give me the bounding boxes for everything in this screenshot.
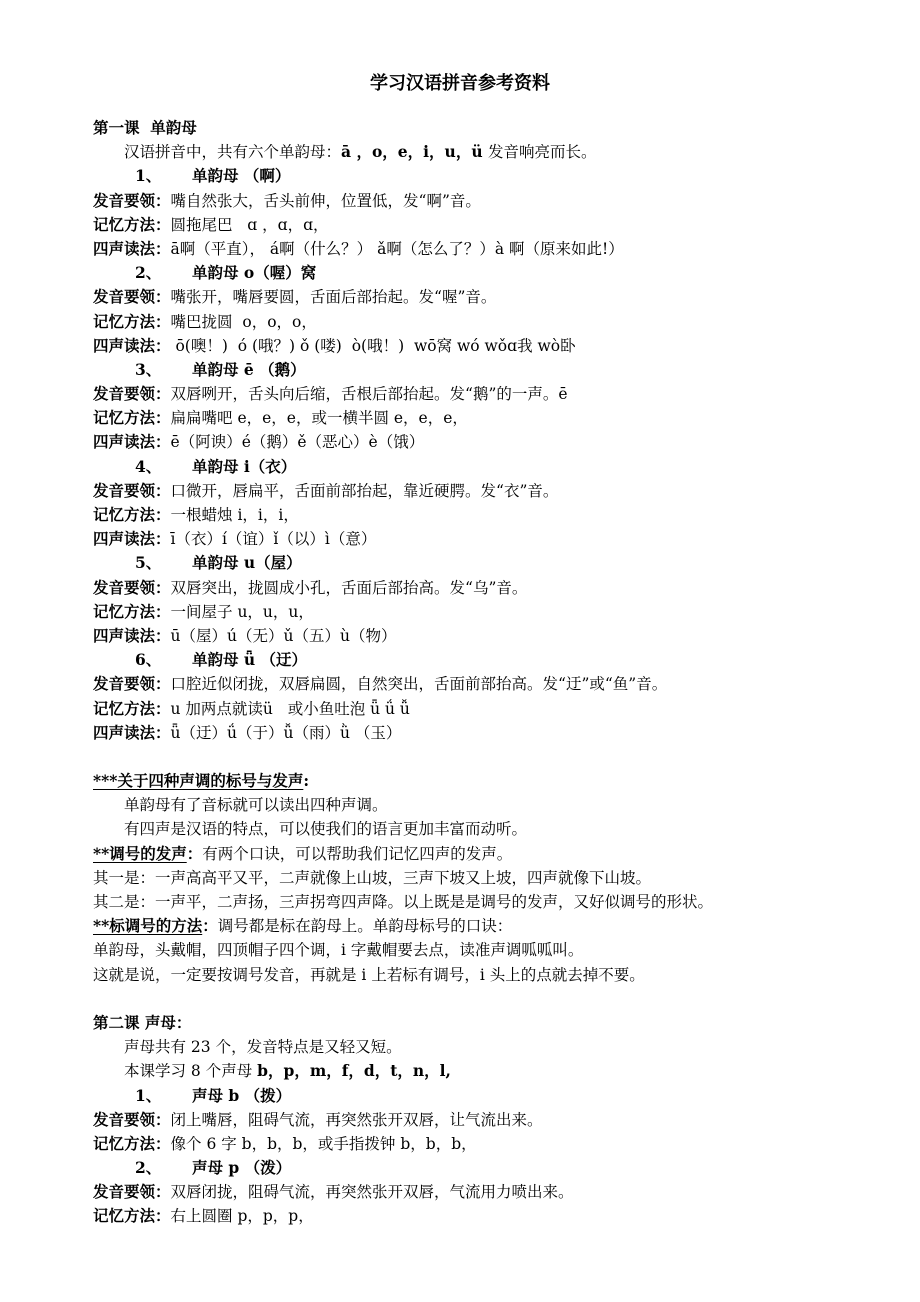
text-run: ā ，o，e，i，u，ü <box>341 142 488 161</box>
list-number: 2、 <box>135 1156 192 1180</box>
list-number: 6、 <box>135 648 192 672</box>
doc-line: 记忆方法：一间屋子 u，u，u， <box>93 600 880 624</box>
text-run: 记忆方法： <box>93 312 171 331</box>
text-run: 本课学习 8 个声母 <box>124 1062 257 1080</box>
doc-line: 第二课 声母： <box>93 1011 880 1035</box>
text-run: 单韵母 ē （鹅） <box>192 360 306 379</box>
text-run: 汉语拼音中，共有六个单韵母： <box>124 143 341 161</box>
doc-line: 四声读法： ō(噢！) ó (哦？) ǒ (喽) ò(哦！) wō窝 wó wǒ… <box>93 334 880 358</box>
list-number: 3、 <box>135 358 192 382</box>
text-run: 发音要领： <box>93 481 171 500</box>
doc-line: 发音要领：嘴自然张大，舌头前伸，位置低，发“啊”音。 <box>93 189 880 213</box>
text-run: 右上圆圈 p，p，p， <box>171 1207 314 1225</box>
text-run: ǖ（迂）ǘ（于）ǚ（雨）ǜ （玉） <box>171 724 402 742</box>
text-run: 记忆方法： <box>93 602 171 621</box>
doc-line: ***关于四种声调的标号与发声: <box>93 769 880 793</box>
doc-line: 记忆方法：扁扁嘴吧 e，e，e，或一横半圆 e，e，e， <box>93 406 880 430</box>
text-run: ***关于四种声调的标号与发声 <box>93 771 303 790</box>
document-page: 学习汉语拼音参考资料 第一课 单韵母汉语拼音中，共有六个单韵母：ā ，o，e，i… <box>0 0 920 1302</box>
text-run: u 加两点就读ü 或小鱼吐泡 ǖ ǘ ǚ <box>171 700 410 718</box>
doc-line: 1、单韵母 （啊） <box>93 164 880 188</box>
text-run: 其一是：一声高高平又平，二声就像上山坡，三声下坡又上坡，四声就像下山坡。 <box>93 869 651 887</box>
text-run: 发音要领： <box>93 674 171 693</box>
doc-line: 发音要领：口微开，唇扁平，舌面前部抬起，靠近硬腭。发“衣”音。 <box>93 479 880 503</box>
text-run: 单韵母 ǖ （迂） <box>192 650 307 669</box>
text-run: 一间屋子 u，u，u， <box>171 603 314 621</box>
doc-line: 四声读法：ē（阿谀）é（鹅）ě（恶心）è（饿） <box>93 430 880 454</box>
text-run: 记忆方法： <box>93 505 171 524</box>
document-body: 第一课 单韵母汉语拼音中，共有六个单韵母：ā ，o，e，i，u，ü 发音响亮而长… <box>0 116 920 1229</box>
text-run: 口微开，唇扁平，舌面前部抬起，靠近硬腭。发“衣”音。 <box>171 482 559 500</box>
text-run: 发音要领： <box>93 287 171 306</box>
text-run: 发音要领： <box>93 384 171 403</box>
doc-line: 发音要领：口腔近似闭拢，双唇扁圆，自然突出，舌面前部抬高。发“迂”或“鱼”音。 <box>93 672 880 696</box>
text-run: 单韵母 （啊） <box>192 166 290 185</box>
text-run: ū（屋）ú（无）ǔ（五）ù（物） <box>171 627 397 645</box>
text-run: 记忆方法： <box>93 215 171 234</box>
doc-line: 第一课 单韵母 <box>93 116 880 140</box>
text-run: 这就是说，一定要按调号发音，再就是 i 上若标有调号，i 头上的点就去掉不要。 <box>93 966 645 984</box>
text-run: 声母 p （泼） <box>192 1158 291 1177</box>
text-run: 一根蜡烛 i，i，i， <box>171 506 299 524</box>
text-run: 发音要领： <box>93 1182 171 1201</box>
list-number: 5、 <box>135 551 192 575</box>
text-run: 发音要领： <box>93 578 171 597</box>
text-run: 记忆方法： <box>93 408 171 427</box>
doc-line: 发音要领：双唇闭拢，阻碍气流，再突然张开双唇，气流用力喷出来。 <box>93 1180 880 1204</box>
doc-line: 声母共有 23 个，发音特点是又轻又短。 <box>93 1035 880 1059</box>
doc-line: 5、单韵母 u（屋） <box>93 551 880 575</box>
text-run: 四声读法： <box>93 239 171 258</box>
text-run: 第一课 单韵母 <box>93 118 197 137</box>
text-run: ē（阿谀）é（鹅）ě（恶心）è（饿） <box>171 433 425 451</box>
doc-line: 有四声是汉语的特点，可以使我们的语言更加丰富而动听。 <box>93 817 880 841</box>
doc-line: 3、单韵母 ē （鹅） <box>93 358 880 382</box>
text-run: 扁扁嘴吧 e，e，e，或一横半圆 e，e，e， <box>171 409 468 427</box>
text-run: 声母共有 23 个，发音特点是又轻又短。 <box>124 1038 402 1056</box>
text-run: 四声读法： <box>93 432 171 451</box>
list-number: 1、 <box>135 1084 192 1108</box>
text-run: 四声读法： <box>93 336 171 355</box>
doc-line: 其二是：一声平，二声扬，三声拐弯四声降。以上既是是调号的发声，又好似调号的形状。 <box>93 890 880 914</box>
text-run: b，p，m，f，d，t，n，l, <box>257 1061 451 1080</box>
doc-line: 1、声母 b （拨） <box>93 1084 880 1108</box>
doc-line: 2、单韵母 o（喔）窝 <box>93 261 880 285</box>
doc-line: 记忆方法：像个 6 字 b，b，b，或手指拨钟 b，b，b， <box>93 1132 880 1156</box>
text-run: 圆拖尾巴 ɑ ，ɑ，ɑ， <box>171 216 329 234</box>
doc-line: **标调号的方法：调号都是标在韵母上。单韵母标号的口诀： <box>93 914 880 938</box>
doc-line: 这就是说，一定要按调号发音，再就是 i 上若标有调号，i 头上的点就去掉不要。 <box>93 963 880 987</box>
text-run: 双唇咧开，舌头向后缩，舌根后部抬起。发“鹅”的一声。ē <box>171 385 568 403</box>
list-number: 2、 <box>135 261 192 285</box>
text-run: ō(噢！) ó (哦？) ǒ (喽) ò(哦！) wō窝 wó wǒɑ我 wò卧 <box>171 337 576 355</box>
doc-line: 发音要领：双唇突出，拢圆成小孔，舌面后部抬高。发“乌”音。 <box>93 576 880 600</box>
doc-blank-line <box>93 987 880 1011</box>
text-run: 有两个口诀，可以帮助我们记忆四声的发声。 <box>202 845 512 863</box>
doc-line: 四声读法：ī（衣）í（谊）ǐ（以）ì（意） <box>93 527 880 551</box>
doc-line: 四声读法：ā啊（平直）， á啊（什么？） ǎ啊（怎么了？）à 啊（原来如此!） <box>93 237 880 261</box>
text-run: 记忆方法： <box>93 1134 171 1153</box>
text-run: 单韵母 o（喔）窝 <box>192 263 316 282</box>
doc-line: **调号的发声：有两个口诀，可以帮助我们记忆四声的发声。 <box>93 842 880 866</box>
text-run: ī（衣）í（谊）ǐ（以）ì（意） <box>171 530 377 548</box>
doc-line: 记忆方法：u 加两点就读ü 或小鱼吐泡 ǖ ǘ ǚ <box>93 697 880 721</box>
text-run: 像个 6 字 b，b，b，或手指拨钟 b，b，b， <box>171 1135 477 1153</box>
text-run: 嘴巴拢圆 o，o，o， <box>171 313 317 331</box>
doc-line: 6、单韵母 ǖ （迂） <box>93 648 880 672</box>
text-run: 口腔近似闭拢，双唇扁圆，自然突出，舌面前部抬高。发“迂”或“鱼”音。 <box>171 675 668 693</box>
text-run: ： <box>187 844 203 863</box>
text-run: 单韵母，头戴帽，四顶帽子四个调，i 字戴帽要去点，读准声调呱呱叫。 <box>93 941 583 959</box>
text-run: 闭上嘴唇，阻碍气流，再突然张开双唇，让气流出来。 <box>171 1111 543 1129</box>
list-number: 1、 <box>135 164 192 188</box>
doc-line: 本课学习 8 个声母 b，p，m，f，d，t，n，l, <box>93 1059 880 1083</box>
doc-line: 其一是：一声高高平又平，二声就像上山坡，三声下坡又上坡，四声就像下山坡。 <box>93 866 880 890</box>
text-run: 有四声是汉语的特点，可以使我们的语言更加丰富而动听。 <box>124 820 527 838</box>
doc-line: 四声读法：ǖ（迂）ǘ（于）ǚ（雨）ǜ （玉） <box>93 721 880 745</box>
doc-line: 汉语拼音中，共有六个单韵母：ā ，o，e，i，u，ü 发音响亮而长。 <box>93 140 880 164</box>
text-run: 第二课 声母： <box>93 1013 191 1032</box>
text-run: 嘴张开，嘴唇要圆，舌面后部抬起。发“喔”音。 <box>171 288 497 306</box>
text-run: 四声读法： <box>93 626 171 645</box>
text-run: ： <box>202 916 218 935</box>
text-run: 四声读法： <box>93 723 171 742</box>
text-run: 单韵母 u（屋） <box>192 553 302 572</box>
doc-line: 记忆方法：右上圆圈 p，p，p， <box>93 1204 880 1228</box>
doc-line: 发音要领：嘴张开，嘴唇要圆，舌面后部抬起。发“喔”音。 <box>93 285 880 309</box>
text-run: 调号都是标在韵母上。单韵母标号的口诀： <box>218 917 513 935</box>
doc-line: 单韵母有了音标就可以读出四种声调。 <box>93 793 880 817</box>
doc-line: 发音要领：双唇咧开，舌头向后缩，舌根后部抬起。发“鹅”的一声。ē <box>93 382 880 406</box>
text-run: : <box>303 771 309 790</box>
doc-blank-line <box>93 745 880 769</box>
text-run: 发音要领： <box>93 1110 171 1129</box>
doc-line: 记忆方法：嘴巴拢圆 o，o，o， <box>93 310 880 334</box>
list-number: 4、 <box>135 455 192 479</box>
text-run: 发音要领： <box>93 191 171 210</box>
text-run: 嘴自然张大，舌头前伸，位置低，发“啊”音。 <box>171 192 481 210</box>
text-run: 记忆方法： <box>93 699 171 718</box>
text-run: 单韵母 i（衣） <box>192 457 296 476</box>
text-run: 其二是：一声平，二声扬，三声拐弯四声降。以上既是是调号的发声，又好似调号的形状。 <box>93 893 713 911</box>
text-run: 记忆方法： <box>93 1206 171 1225</box>
doc-line: 4、单韵母 i（衣） <box>93 455 880 479</box>
doc-line: 2、声母 p （泼） <box>93 1156 880 1180</box>
doc-line: 记忆方法：一根蜡烛 i，i，i， <box>93 503 880 527</box>
doc-line: 四声读法：ū（屋）ú（无）ǔ（五）ù（物） <box>93 624 880 648</box>
text-run: 四声读法： <box>93 529 171 548</box>
text-run: **标调号的方法 <box>93 916 202 935</box>
text-run: **调号的发声 <box>93 844 187 863</box>
doc-line: 发音要领：闭上嘴唇，阻碍气流，再突然张开双唇，让气流出来。 <box>93 1108 880 1132</box>
page-title: 学习汉语拼音参考资料 <box>0 0 920 96</box>
text-run: 声母 b （拨） <box>192 1086 291 1105</box>
text-run: 双唇突出，拢圆成小孔，舌面后部抬高。发“乌”音。 <box>171 579 528 597</box>
text-run: ā啊（平直）， á啊（什么？） ǎ啊（怎么了？）à 啊（原来如此!） <box>171 240 624 258</box>
text-run: 单韵母有了音标就可以读出四种声调。 <box>124 796 388 814</box>
doc-line: 记忆方法：圆拖尾巴 ɑ ，ɑ，ɑ， <box>93 213 880 237</box>
text-run: 发音响亮而长。 <box>488 143 597 161</box>
doc-line: 单韵母，头戴帽，四顶帽子四个调，i 字戴帽要去点，读准声调呱呱叫。 <box>93 938 880 962</box>
text-run: 双唇闭拢，阻碍气流，再突然张开双唇，气流用力喷出来。 <box>171 1183 574 1201</box>
